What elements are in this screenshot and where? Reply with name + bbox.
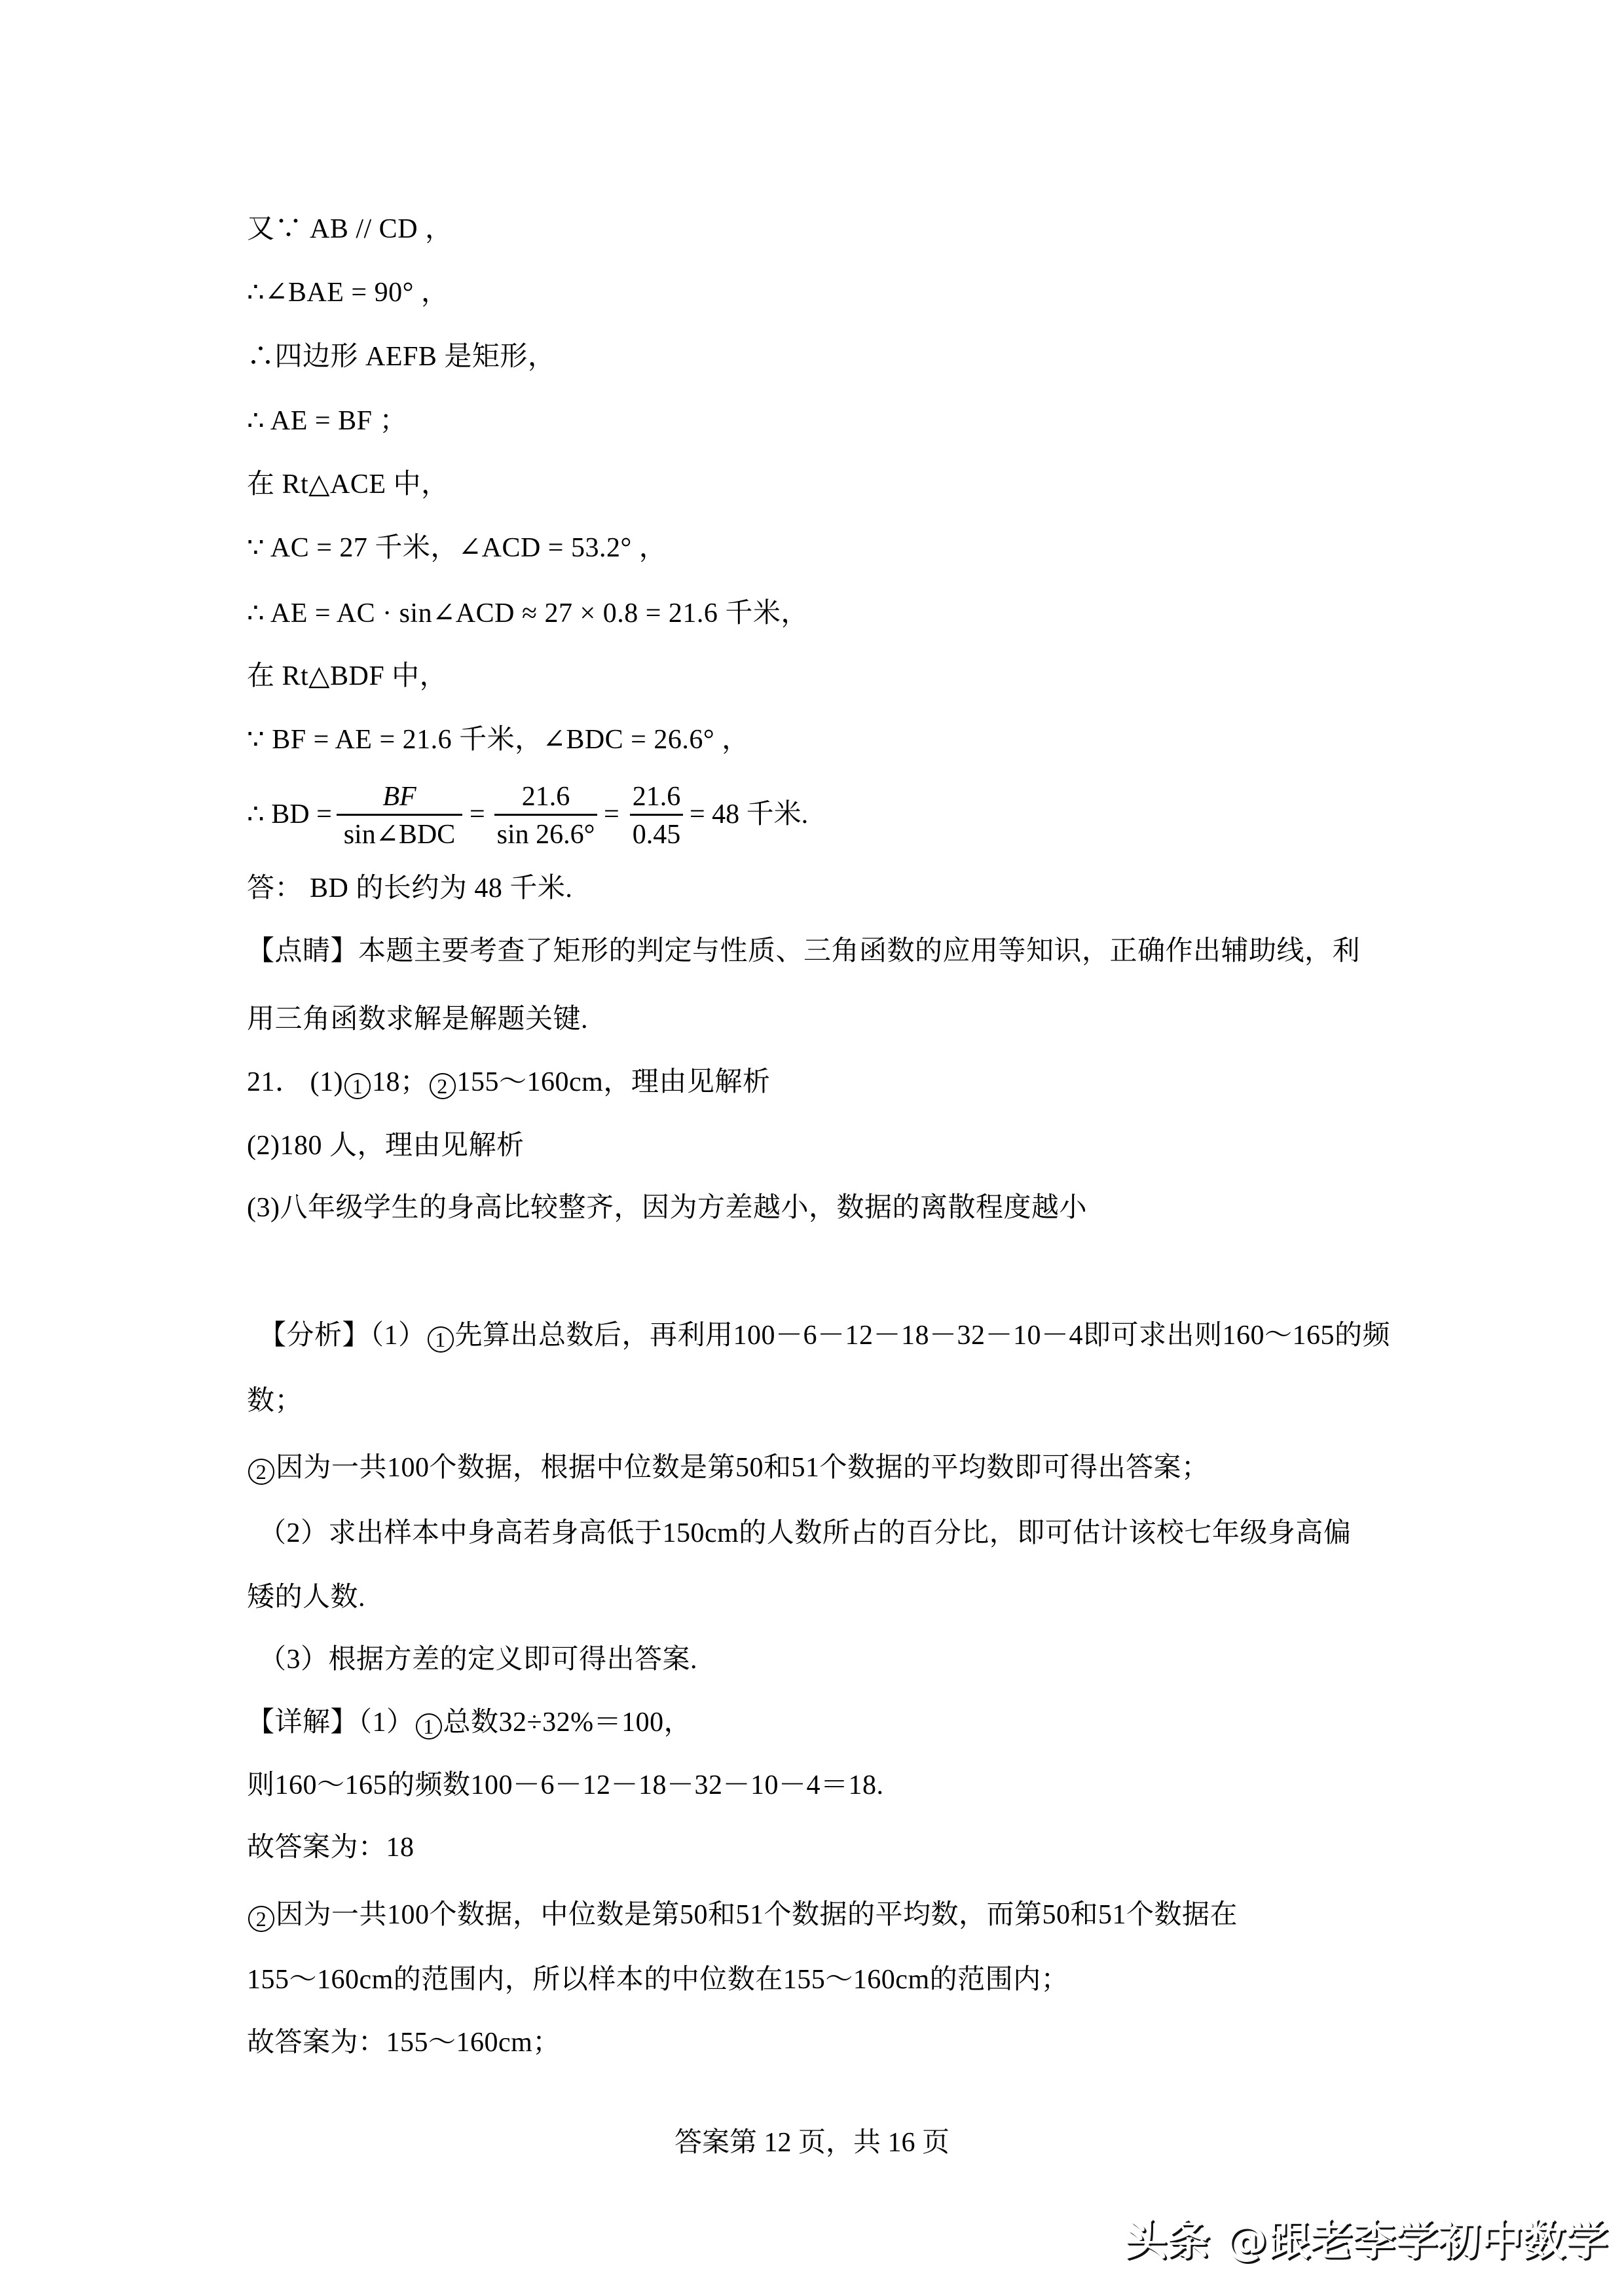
xiangjie-text: 155～160cm的范围内，所以样本的中位数在155～160cm的范围内； [247, 1965, 1069, 1995]
answer-text: (2)180 人，理由见解析 [247, 1131, 524, 1161]
xiangjie-text: 故答案为：155～160cm； [247, 2028, 561, 2058]
xiangjie-line-1: 【详解】（1）1总数32÷32%＝100， [247, 1706, 692, 1740]
circled-number-2: 2 [430, 1073, 456, 1099]
fenxi-text: 矮的人数. [247, 1582, 365, 1613]
xiangjie-line-3: 故答案为：18 [247, 1831, 415, 1864]
proof-text: ∴四边形 AEFB 是矩形， [247, 342, 555, 372]
fraction-2: 21.6 sin 26.6° [494, 773, 597, 858]
formula-result: = 48 千米. [690, 798, 808, 831]
part-label: （1） [358, 1707, 415, 1738]
fraction-bar [630, 814, 683, 816]
fraction-1: BF sin∠BDC [337, 773, 462, 858]
answer-line: 答： BD 的长约为 48 千米. [247, 872, 572, 905]
fraction-3: 21.6 0.45 [630, 773, 683, 858]
fraction-numerator: 21.6 [494, 780, 597, 813]
proof-line-ae-bf: ∴ AE = BF ； [247, 405, 407, 437]
fraction-denominator: 0.45 [630, 818, 683, 851]
proof-line-rt-bdf: 在 Rt△BDF 中， [247, 660, 447, 693]
fenxi-line-5: 矮的人数. [247, 1581, 365, 1614]
proof-text: ∵ BF = AE = 21.6 千米，∠BDC = 26.6° ， [247, 725, 750, 755]
dianjing-label: 【点睛】 [247, 936, 358, 966]
equals-sign: = [470, 798, 485, 831]
xiangjie-line-5: 155～160cm的范围内，所以样本的中位数在155～160cm的范围内； [247, 1963, 1069, 1996]
proof-text: ∴ AE = AC · sin∠ACD ≈ 27 × 0.8 = 21.6 千米… [247, 598, 809, 629]
proof-line-bf-given: ∵ BF = AE = 21.6 千米，∠BDC = 26.6° ， [247, 723, 750, 756]
xiangjie-line-2: 则160～165的频数100－6－12－18－32－10－4＝18. [247, 1769, 884, 1802]
dianjing-text: 本题主要考查了矩形的判定与性质、三角函数的应用等知识，正确作出辅助线，利 [358, 936, 1360, 966]
q21-answer-part1: 21． (1)118；2155～160cm，理由见解析 [247, 1066, 770, 1099]
xiangjie-line-4: 2因为一共100个数据，中位数是第50和51个数据的平均数，而第50和51个数据… [247, 1899, 1238, 1932]
circled-number-2: 2 [248, 1906, 274, 1932]
question-number: 21． [247, 1067, 303, 1097]
fraction-bar [337, 814, 462, 816]
xiangjie-text: 总数32÷32%＝100， [443, 1707, 692, 1738]
answer-text: (3)八年级学生的身高比较整齐，因为方差越小，数据的离散程度越小 [247, 1193, 1087, 1223]
fraction-numerator: BF [337, 780, 462, 813]
proof-text: ∴∠BAE = 90° ， [247, 278, 449, 308]
xiangjie-label: 【详解】 [247, 1707, 358, 1738]
fenxi-text: 数； [247, 1386, 303, 1416]
proof-text: ∵ AC = 27 千米，∠ACD = 53.2° ， [247, 533, 667, 563]
xiangjie-line-6: 故答案为：155～160cm； [247, 2026, 561, 2059]
proof-line-rectangle: ∴四边形 AEFB 是矩形， [247, 340, 555, 373]
proof-line-angle-bae: ∴∠BAE = 90° ， [247, 276, 449, 309]
fenxi-label: 【分析】 [259, 1321, 370, 1351]
answer-text: 答： BD 的长约为 48 千米. [247, 873, 572, 903]
xiangjie-text: 则160～165的频数100－6－12－18－32－10－4＝18. [247, 1770, 884, 1800]
fenxi-line-3: 2因为一共100个数据，根据中位数是第50和51个数据的平均数即可得出答案； [247, 1451, 1209, 1485]
circled-number-1: 1 [416, 1713, 442, 1740]
answer-text: 18； [372, 1067, 428, 1097]
fenxi-text: （3）根据方差的定义即可得出答案. [259, 1645, 697, 1675]
part-label: (1) [310, 1067, 343, 1097]
equals-sign: = [604, 798, 619, 831]
fenxi-line-4: （2）求出样本中身高若身高低于150cm的人数所占的百分比，即可估计该校七年级身… [259, 1517, 1351, 1550]
fraction-denominator: sin∠BDC [337, 818, 462, 851]
dianjing-text: 用三角函数求解是解题关键. [247, 1004, 588, 1034]
circled-number-1: 1 [428, 1326, 454, 1353]
formula-prefix: ∴ BD = [247, 798, 332, 831]
proof-text: ∴ AE = BF ； [247, 406, 407, 436]
dianjing-line-1: 【点睛】本题主要考查了矩形的判定与性质、三角函数的应用等知识，正确作出辅助线，利 [247, 935, 1360, 968]
proof-line-ae-calc: ∴ AE = AC · sin∠ACD ≈ 27 × 0.8 = 21.6 千米… [247, 597, 809, 630]
part-label: （1） [370, 1321, 426, 1351]
fraction-denominator: sin 26.6° [494, 818, 597, 851]
proof-line-rt-ace: 在 Rt△ACE 中， [247, 468, 449, 501]
dianjing-line-2: 用三角函数求解是解题关键. [247, 1003, 588, 1036]
q21-answer-part3: (3)八年级学生的身高比较整齐，因为方差越小，数据的离散程度越小 [247, 1192, 1087, 1224]
document-page: 又∵ AB // CD ， ∴∠BAE = 90° ， ∴四边形 AEFB 是矩… [0, 0, 1624, 2296]
proof-text: 又∵ AB // CD ， [247, 214, 453, 244]
proof-text: 在 Rt△ACE 中， [247, 469, 449, 500]
circled-number-1: 1 [344, 1073, 371, 1099]
proof-line-ac-given: ∵ AC = 27 千米，∠ACD = 53.2° ， [247, 532, 667, 564]
fenxi-text: 因为一共100个数据，根据中位数是第50和51个数据的平均数即可得出答案； [276, 1453, 1209, 1483]
proof-line-parallel: 又∵ AB // CD ， [247, 213, 453, 246]
fraction-numerator: 21.6 [630, 780, 683, 813]
fenxi-line-1: 【分析】（1）1先算出总数后，再利用100－6－12－18－32－10－4即可求… [259, 1319, 1390, 1353]
fenxi-line-6: （3）根据方差的定义即可得出答案. [259, 1643, 697, 1676]
xiangjie-text: 故答案为：18 [247, 1832, 415, 1863]
page-footer: 答案第 12 页，共 16 页 [0, 2126, 1624, 2159]
fenxi-line-2: 数； [247, 1385, 303, 1417]
watermark: 头条 @跟老李学初中数学 [1125, 2216, 1608, 2266]
q21-answer-part2: (2)180 人，理由见解析 [247, 1129, 524, 1162]
circled-number-2: 2 [248, 1459, 274, 1485]
fenxi-text: 先算出总数后，再利用100－6－12－18－32－10－4即可求出则160～16… [455, 1321, 1391, 1351]
fenxi-text: （2）求出样本中身高若身高低于150cm的人数所占的百分比，即可估计该校七年级身… [259, 1518, 1351, 1548]
fraction-bar [494, 814, 597, 816]
answer-text: 155～160cm，理由见解析 [457, 1067, 771, 1097]
proof-text: 在 Rt△BDF 中， [247, 661, 447, 691]
xiangjie-text: 因为一共100个数据，中位数是第50和51个数据的平均数，而第50和51个数据在 [276, 1900, 1238, 1930]
